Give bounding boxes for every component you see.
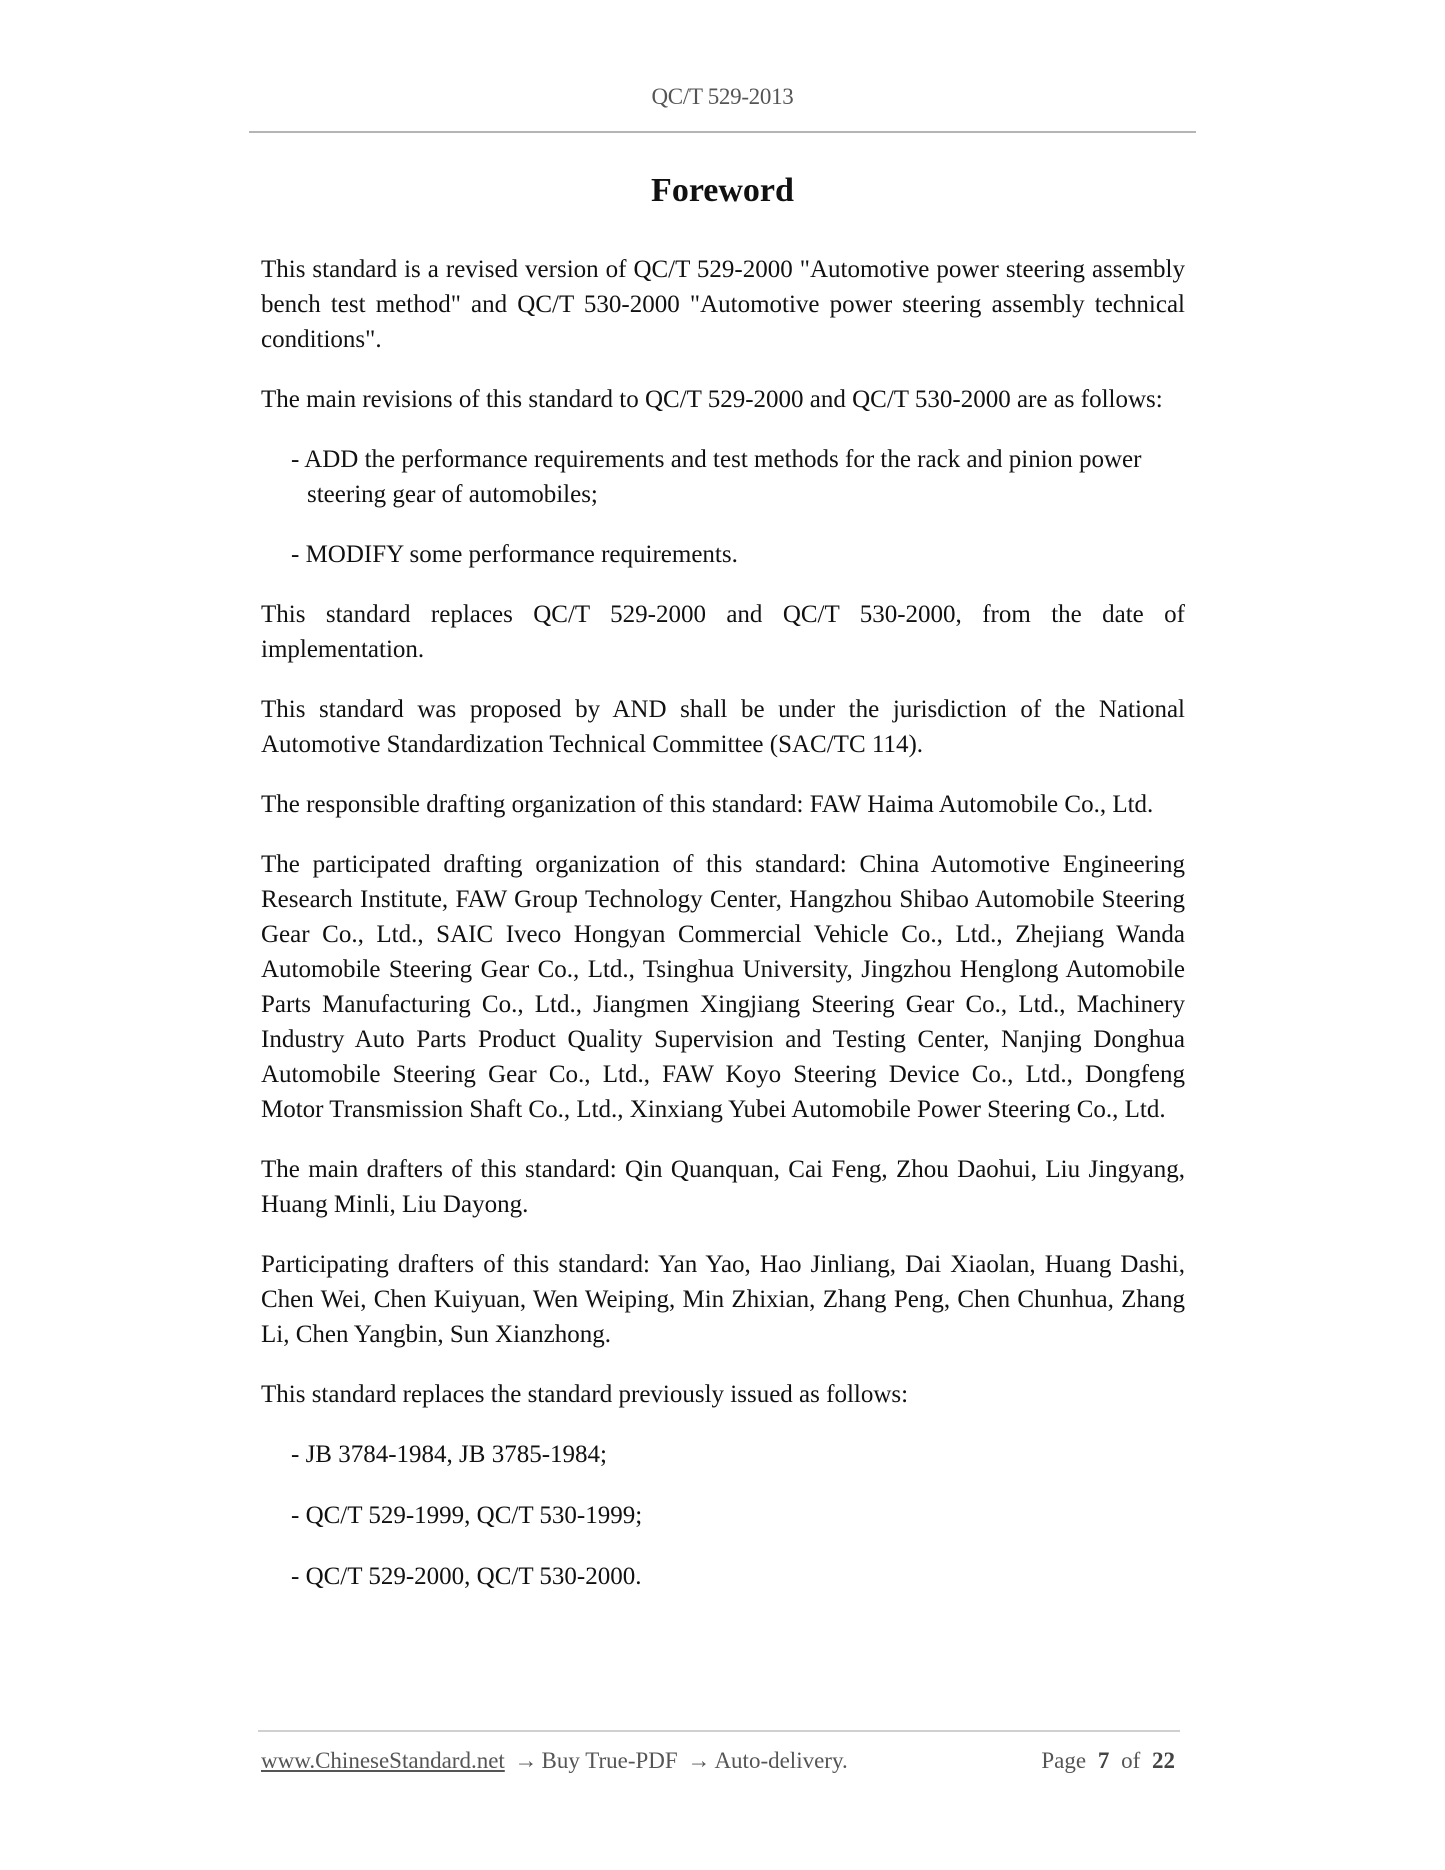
paragraph-participating-drafters: Participating drafters of this standard:…	[261, 1247, 1185, 1352]
arrow-right-icon: →	[515, 1748, 538, 1774]
paragraph-participating-orgs: The participated drafting organization o…	[261, 847, 1185, 1127]
footer-promo: www.ChineseStandard.net →Buy True-PDF →A…	[261, 1748, 848, 1774]
revision-item: - MODIFY some performance requirements.	[291, 537, 1185, 572]
paragraph-responsible-org: The responsible drafting organization of…	[261, 787, 1185, 822]
page-indicator: Page 7 of 22	[1041, 1748, 1181, 1774]
current-page-number: 7	[1098, 1748, 1110, 1773]
paragraph-main-revisions: The main revisions of this standard to Q…	[261, 382, 1185, 417]
page-title: Foreword	[0, 172, 1445, 210]
paragraph-jurisdiction: This standard was proposed by AND shall …	[261, 692, 1185, 762]
page-label: Page	[1041, 1748, 1086, 1773]
document-code: QC/T 529-2013	[0, 84, 1445, 110]
foreword-body: This standard is a revised version of QC…	[261, 252, 1185, 1620]
paragraph-revision-intro: This standard is a revised version of QC…	[261, 252, 1185, 357]
previous-standard-item: - QC/T 529-1999, QC/T 530-1999;	[291, 1498, 1185, 1533]
footer-step-delivery: Auto-delivery.	[714, 1748, 847, 1773]
revision-item: - ADD the performance requirements and t…	[291, 442, 1185, 512]
total-page-count: 22	[1152, 1748, 1175, 1773]
previous-standard-item: - JB 3784-1984, JB 3785-1984;	[291, 1437, 1185, 1472]
website-link[interactable]: www.ChineseStandard.net	[261, 1748, 505, 1773]
of-label: of	[1121, 1748, 1140, 1773]
previous-standard-item: - QC/T 529-2000, QC/T 530-2000.	[291, 1559, 1185, 1594]
paragraph-replaces: This standard replaces QC/T 529-2000 and…	[261, 597, 1185, 667]
arrow-right-icon: →	[687, 1748, 710, 1774]
paragraph-previous-standards: This standard replaces the standard prev…	[261, 1377, 1185, 1412]
paragraph-main-drafters: The main drafters of this standard: Qin …	[261, 1152, 1185, 1222]
footer-divider	[258, 1730, 1180, 1732]
footer-step-buy: Buy True-PDF	[542, 1748, 678, 1773]
header-divider	[249, 131, 1196, 133]
